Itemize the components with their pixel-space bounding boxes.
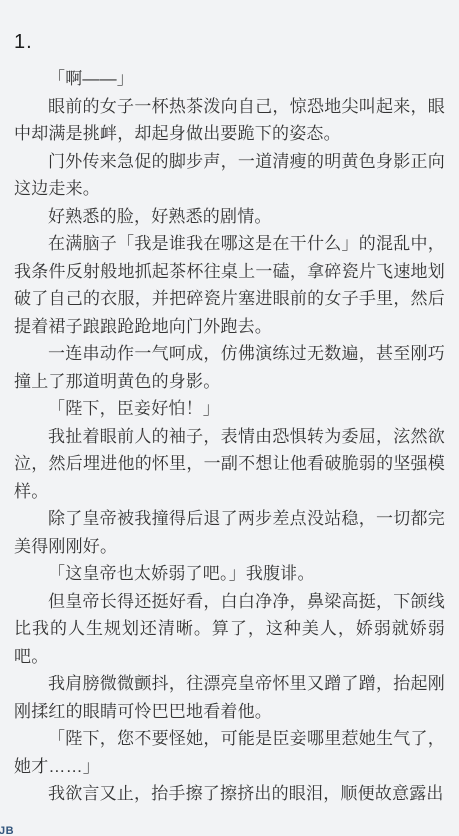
section-number: 1. (14, 29, 445, 55)
paragraph: 但皇帝长得还挺好看，白白净净，鼻梁高挺，下颌线比我的人生规划还清晰。算了，这种美… (14, 588, 445, 671)
paragraph: 「啊——」 (14, 65, 445, 93)
paragraph: 我欲言又止，抬手擦了擦挤出的眼泪，顺便故意露出 (14, 780, 445, 808)
paragraph: 好熟悉的脸，好熟悉的剧情。 (14, 203, 445, 231)
chapter-text: 「啊——」眼前的女子一杯热茶泼向自己，惊恐地尖叫起来，眼中却满是挑衅，却起身做出… (14, 65, 445, 808)
paragraph: 眼前的女子一杯热茶泼向自己，惊恐地尖叫起来，眼中却满是挑衅，却起身做出要跪下的姿… (14, 93, 445, 148)
paragraph: 门外传来急促的脚步声，一道清瘦的明黄色身影正向这边走来。 (14, 148, 445, 203)
paragraph: 除了皇帝被我撞得后退了两步差点没站稳，一切都完美得刚刚好。 (14, 505, 445, 560)
corner-watermark: JB (0, 825, 14, 836)
paragraph: 「陛下，臣妾好怕！」 (14, 395, 445, 423)
paragraph: 一连串动作一气呵成，仿佛演练过无数遍，甚至刚巧撞上了那道明黄色的身影。 (14, 340, 445, 395)
paragraph: 在满脑子「我是谁我在哪这是在干什么」的混乱中，我条件反射般地抓起茶杯往桌上一磕，… (14, 230, 445, 340)
paragraph: 我扯着眼前人的袖子，表情由恐惧转为委屈，泫然欲泣，然后埋进他的怀里，一副不想让他… (14, 423, 445, 506)
reader-page: 1. 「啊——」眼前的女子一杯热茶泼向自己，惊恐地尖叫起来，眼中却满是挑衅，却起… (0, 0, 459, 836)
paragraph: 「陛下，您不要怪她，可能是臣妾哪里惹她生气了，她才……」 (14, 725, 445, 780)
paragraph: 「这皇帝也太娇弱了吧。」我腹诽。 (14, 560, 445, 588)
paragraph: 我肩膀微微颤抖，往漂亮皇帝怀里又蹭了蹭，抬起刚刚揉红的眼睛可怜巴巴地看着他。 (14, 670, 445, 725)
